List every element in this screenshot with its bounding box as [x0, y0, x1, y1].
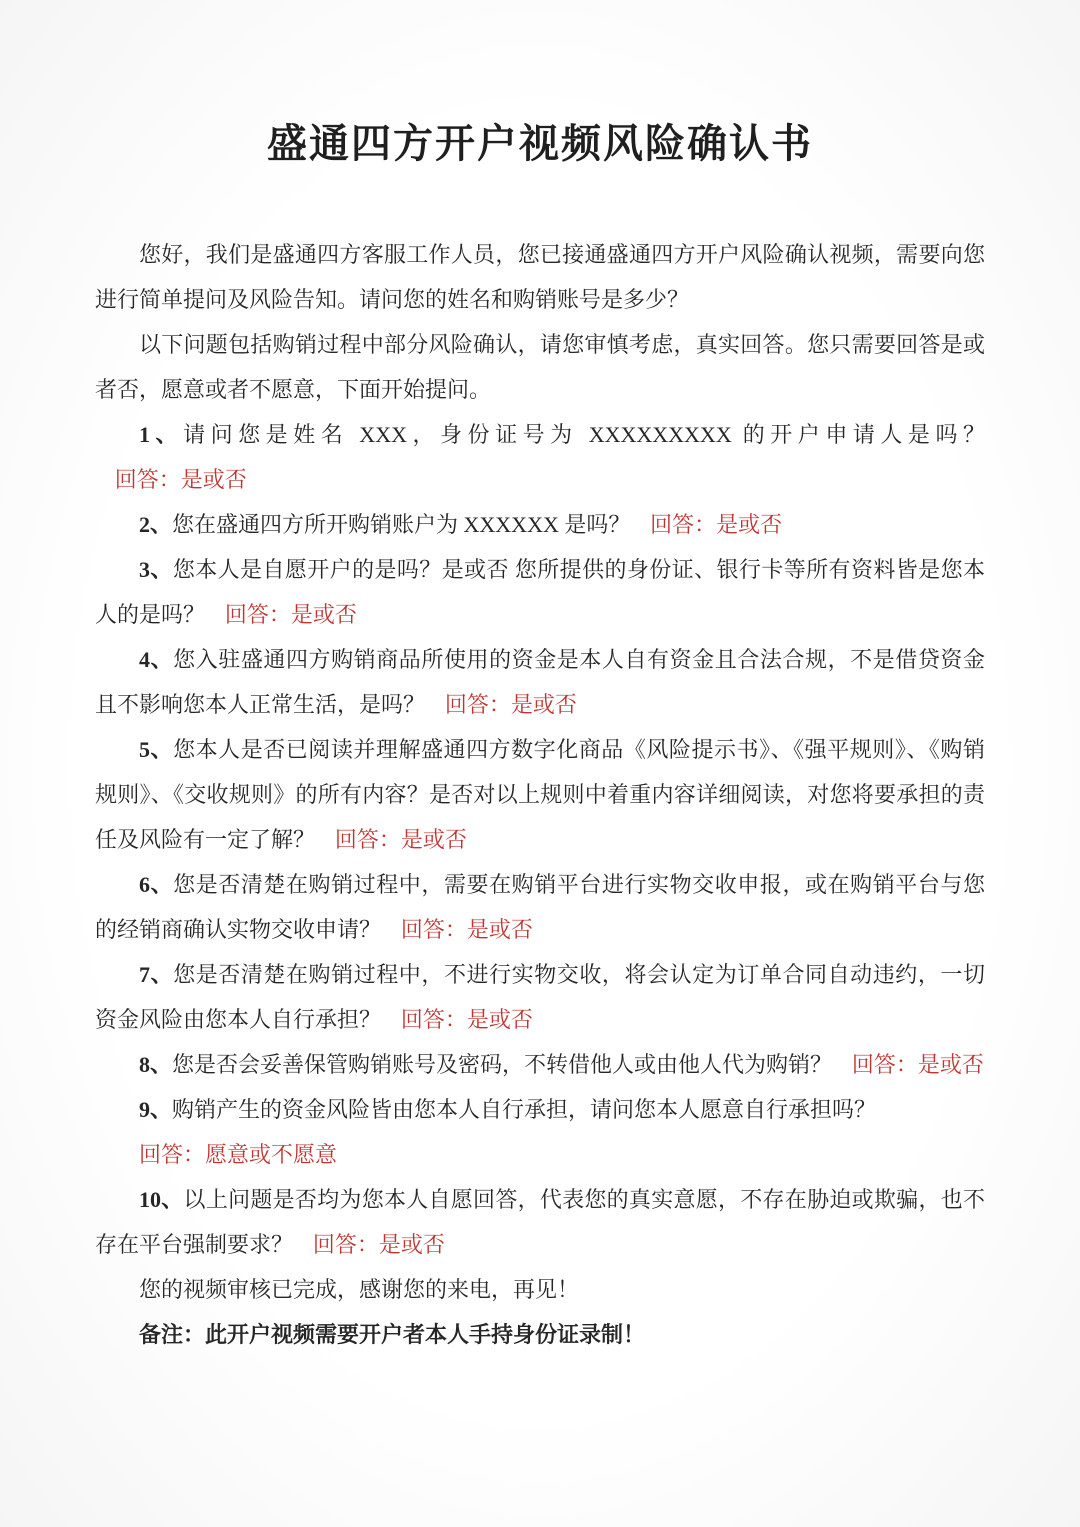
question-number: 3、: [139, 557, 173, 582]
question-number: 6、: [139, 872, 173, 897]
intro-paragraph-text: 以下问题包括购销过程中部分风险确认，请您审慎考虑，真实回答。您只需要回答是或者否…: [95, 332, 985, 402]
note-line: 备注：此开户视频需要开户者本人手持身份证录制！: [95, 1312, 985, 1357]
document-body: 您好，我们是盛通四方客服工作人员，您已接通盛通四方开户风险确认视频，需要向您进行…: [95, 232, 985, 1357]
question-text: 您是否会妥善保管购销账号及密码，不转借他人或由他人代为购销？: [172, 1052, 832, 1077]
answer-prompt: 回答：是或否: [401, 917, 533, 942]
question-9-answer-line: 回答：愿意或不愿意: [95, 1132, 985, 1177]
question-item-7: 7、您是否清楚在购销过程中，不进行实物交收，将会认定为订单合同自动违约，一切资金…: [95, 952, 985, 1042]
document-page: 盛通四方开户视频风险确认书 您好，我们是盛通四方客服工作人员，您已接通盛通四方开…: [0, 0, 1080, 1527]
question-number: 4、: [139, 647, 173, 672]
answer-prompt: 回答：是或否: [852, 1052, 984, 1077]
question-item-3: 3、您本人是自愿开户的是吗？是或否 您所提供的身份证、银行卡等所有资料皆是您本人…: [95, 547, 985, 637]
answer-prompt: 回答：是或否: [313, 1232, 445, 1257]
intro-paragraph: 您好，我们是盛通四方客服工作人员，您已接通盛通四方开户风险确认视频，需要向您进行…: [95, 232, 985, 322]
question-text: 请问您是姓名 XXX，身份证号为 XXXXXXXXX 的开户申请人是吗？: [183, 422, 985, 447]
answer-prompt: 回答：是或否: [445, 692, 577, 717]
intro-paragraph-text: 您好，我们是盛通四方客服工作人员，您已接通盛通四方开户风险确认视频，需要向您进行…: [95, 242, 985, 312]
document-title: 盛通四方开户视频风险确认书: [95, 0, 985, 170]
answer-prompt: 回答：愿意或不愿意: [139, 1142, 337, 1167]
question-text: 您本人是否已阅读并理解盛通四方数字化商品《风险提示书》、《强平规则》、《购销规则…: [95, 737, 985, 852]
question-number: 5、: [139, 737, 173, 762]
question-item-6: 6、您是否清楚在购销过程中，需要在购销平台进行实物交收申报，或在购销平台与您的经…: [95, 862, 985, 952]
answer-prompt: 回答：是或否: [115, 467, 247, 492]
question-number: 1、: [139, 422, 183, 447]
question-text: 以上问题是否均为您本人自愿回答，代表您的真实意愿，不存在胁迫或欺骗，也不存在平台…: [95, 1187, 985, 1257]
question-item-1: 1、请问您是姓名 XXX，身份证号为 XXXXXXXXX 的开户申请人是吗？回答…: [95, 412, 985, 502]
question-item-4: 4、您入驻盛通四方购销商品所使用的资金是本人自有资金且合法合规，不是借贷资金且不…: [95, 637, 985, 727]
answer-prompt: 回答：是或否: [650, 512, 782, 537]
question-item-2: 2、您在盛通四方所开购销账户为 XXXXXX 是吗？回答：是或否: [95, 502, 985, 547]
answer-prompt: 回答：是或否: [401, 1007, 533, 1032]
question-number: 9、: [139, 1097, 172, 1122]
intro-paragraph: 以下问题包括购销过程中部分风险确认，请您审慎考虑，真实回答。您只需要回答是或者否…: [95, 322, 985, 412]
question-text: 您是否清楚在购销过程中，不进行实物交收，将会认定为订单合同自动违约，一切资金风险…: [95, 962, 985, 1032]
question-number: 7、: [139, 962, 173, 987]
question-item-9: 9、购销产生的资金风险皆由您本人自行承担，请问您本人愿意自行承担吗？: [95, 1087, 985, 1132]
question-item-5: 5、您本人是否已阅读并理解盛通四方数字化商品《风险提示书》、《强平规则》、《购销…: [95, 727, 985, 862]
question-item-10: 10、以上问题是否均为您本人自愿回答，代表您的真实意愿，不存在胁迫或欺骗，也不存…: [95, 1177, 985, 1267]
question-number: 2、: [139, 512, 172, 537]
question-text: 您是否清楚在购销过程中，需要在购销平台进行实物交收申报，或在购销平台与您的经销商…: [95, 872, 985, 942]
question-number: 10、: [139, 1187, 184, 1212]
question-item-8: 8、您是否会妥善保管购销账号及密码，不转借他人或由他人代为购销？回答：是或否: [95, 1042, 985, 1087]
closing-line: 您的视频审核已完成，感谢您的来电，再见！: [95, 1267, 985, 1312]
answer-prompt: 回答：是或否: [225, 602, 357, 627]
question-number: 8、: [139, 1052, 172, 1077]
answer-prompt: 回答：是或否: [335, 827, 467, 852]
question-text: 购销产生的资金风险皆由您本人自行承担，请问您本人愿意自行承担吗？: [172, 1097, 876, 1122]
question-text: 您在盛通四方所开购销账户为 XXXXXX 是吗？: [172, 512, 630, 537]
